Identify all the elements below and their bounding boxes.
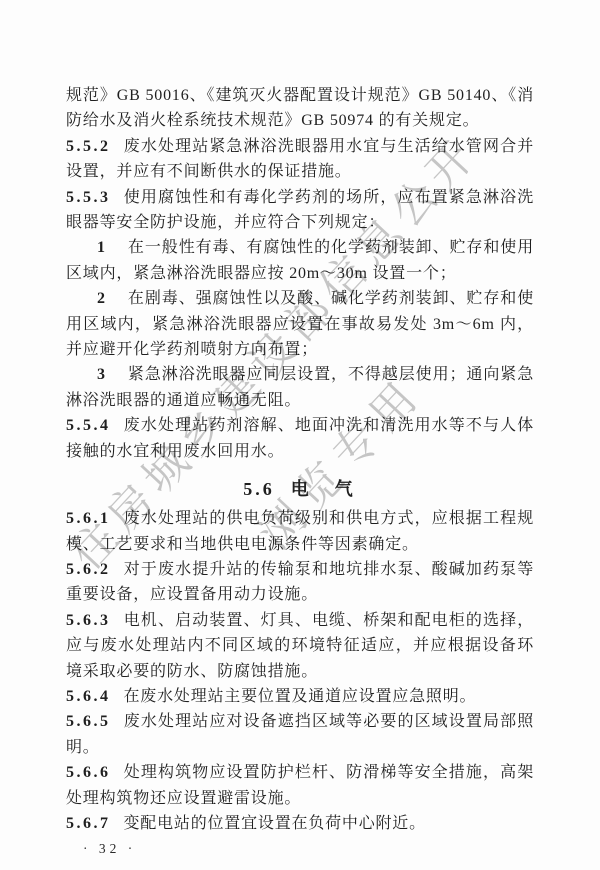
paragraph-intro-continuation: 规范》GB 50016、《建筑灭火器配置设计规范》GB 50140、《消防给水及… [66,83,534,134]
document-page: 住房城乡建设部信息公开 浏览专用 规范》GB 50016、《建筑灭火器配置设计规… [0,0,600,870]
clause-number: 5.6.3 [66,612,111,629]
clause-5-6-3: 5.6.3电机、启动装置、灯具、电缆、桥架和配电柜的选择，应与废水处理站内不同区… [66,608,534,684]
clause-5-6-7: 5.6.7变配电站的位置宜设置在负荷中心附近。 [66,811,534,836]
clause-5-5-4: 5.5.4废水处理站药剂溶解、地面冲洗和清洗用水等不与人体接触的水宜利用废水回用… [66,413,534,464]
clause-text: 变配电站的位置宜设置在负荷中心附近。 [124,815,426,832]
clause-text: 废水处理站应对设备遮挡区域等必要的区域设置局部照明。 [66,713,534,755]
page-number: · 32 · [66,836,534,861]
clause-text: 使用腐蚀性和有毒化学药剂的场所，应布置紧急淋浴洗眼器等安全防护设施，并应符合下列… [66,189,534,231]
clause-5-6-5: 5.6.5废水处理站应对设备遮挡区域等必要的区域设置局部照明。 [66,709,534,760]
section-number: 5.6 [243,479,275,499]
section-title: 电 气 [291,479,357,499]
item-text: 在剧毒、强腐蚀性以及酸、碱化学药剂装卸、贮存和使用区域内，紧急淋浴洗眼器应设置在… [66,290,534,358]
clause-5-6-1: 5.6.1废水处理站的供电负荷级别和供电方式，应根据工程规模、工艺要求和当地供电… [66,506,534,557]
item-number: 1 [97,239,106,256]
clause-5-6-6: 5.6.6处理构筑物应设置防护栏杆、防滑梯等安全措施，高架处理构筑物还应设置避雷… [66,760,534,811]
item-text: 紧急淋浴洗眼器应同层设置，不得越层使用；通向紧急淋浴洗眼器的通道应畅通无阻。 [66,366,534,408]
clause-number: 5.5.3 [66,189,111,206]
subclause-item-3: 3紧急淋浴洗眼器应同层设置，不得越层使用；通向紧急淋浴洗眼器的通道应畅通无阻。 [66,362,534,413]
clause-text: 在废水处理站主要位置及通道应设置应急照明。 [124,688,477,705]
clause-5-5-3: 5.5.3使用腐蚀性和有毒化学药剂的场所，应布置紧急淋浴洗眼器等安全防护设施，并… [66,185,534,236]
clause-number: 5.6.2 [66,561,111,578]
clause-text: 废水处理站药剂溶解、地面冲洗和清洗用水等不与人体接触的水宜利用废水回用水。 [66,417,534,459]
subclause-item-2: 2在剧毒、强腐蚀性以及酸、碱化学药剂装卸、贮存和使用区域内，紧急淋浴洗眼器应设置… [66,286,534,362]
clause-number: 5.6.7 [66,815,111,832]
clause-number: 5.6.6 [66,764,111,781]
document-content: 规范》GB 50016、《建筑灭火器配置设计规范》GB 50140、《消防给水及… [66,0,534,862]
clause-number: 5.6.5 [66,713,111,730]
item-text: 在一般性有毒、有腐蚀性的化学药剂装卸、贮存和使用区域内，紧急淋浴洗眼器应按 20… [66,239,534,281]
clause-5-6-4: 5.6.4在废水处理站主要位置及通道应设置应急照明。 [66,684,534,709]
clause-text: 废水处理站的供电负荷级别和供电方式，应根据工程规模、工艺要求和当地供电电源条件等… [66,510,534,552]
item-number: 2 [97,290,106,307]
section-heading-5-6: 5.6电 气 [66,476,534,502]
clause-text: 对于废水提升站的传输泵和地坑排水泵、酸碱加药泵等重要设备，应设置备用动力设施。 [66,561,534,603]
clause-text: 处理构筑物应设置防护栏杆、防滑梯等安全措施，高架处理构筑物还应设置避雷设施。 [66,764,534,806]
clause-number: 5.5.4 [66,417,111,434]
subclause-item-1: 1在一般性有毒、有腐蚀性的化学药剂装卸、贮存和使用区域内，紧急淋浴洗眼器应按 2… [66,235,534,286]
item-number: 3 [97,366,106,383]
clause-number: 5.6.1 [66,510,111,527]
clause-number: 5.5.2 [66,138,111,155]
clause-text: 电机、启动装置、灯具、电缆、桥架和配电柜的选择，应与废水处理站内不同区域的环境特… [66,612,534,680]
clause-5-6-2: 5.6.2对于废水提升站的传输泵和地坑排水泵、酸碱加药泵等重要设备，应设置备用动… [66,557,534,608]
clause-text: 废水处理站紧急淋浴洗眼器用水宜与生活给水管网合并设置，并应有不间断供水的保证措施… [66,138,534,180]
clause-number: 5.6.4 [66,688,111,705]
clause-5-5-2: 5.5.2废水处理站紧急淋浴洗眼器用水宜与生活给水管网合并设置，并应有不间断供水… [66,134,534,185]
